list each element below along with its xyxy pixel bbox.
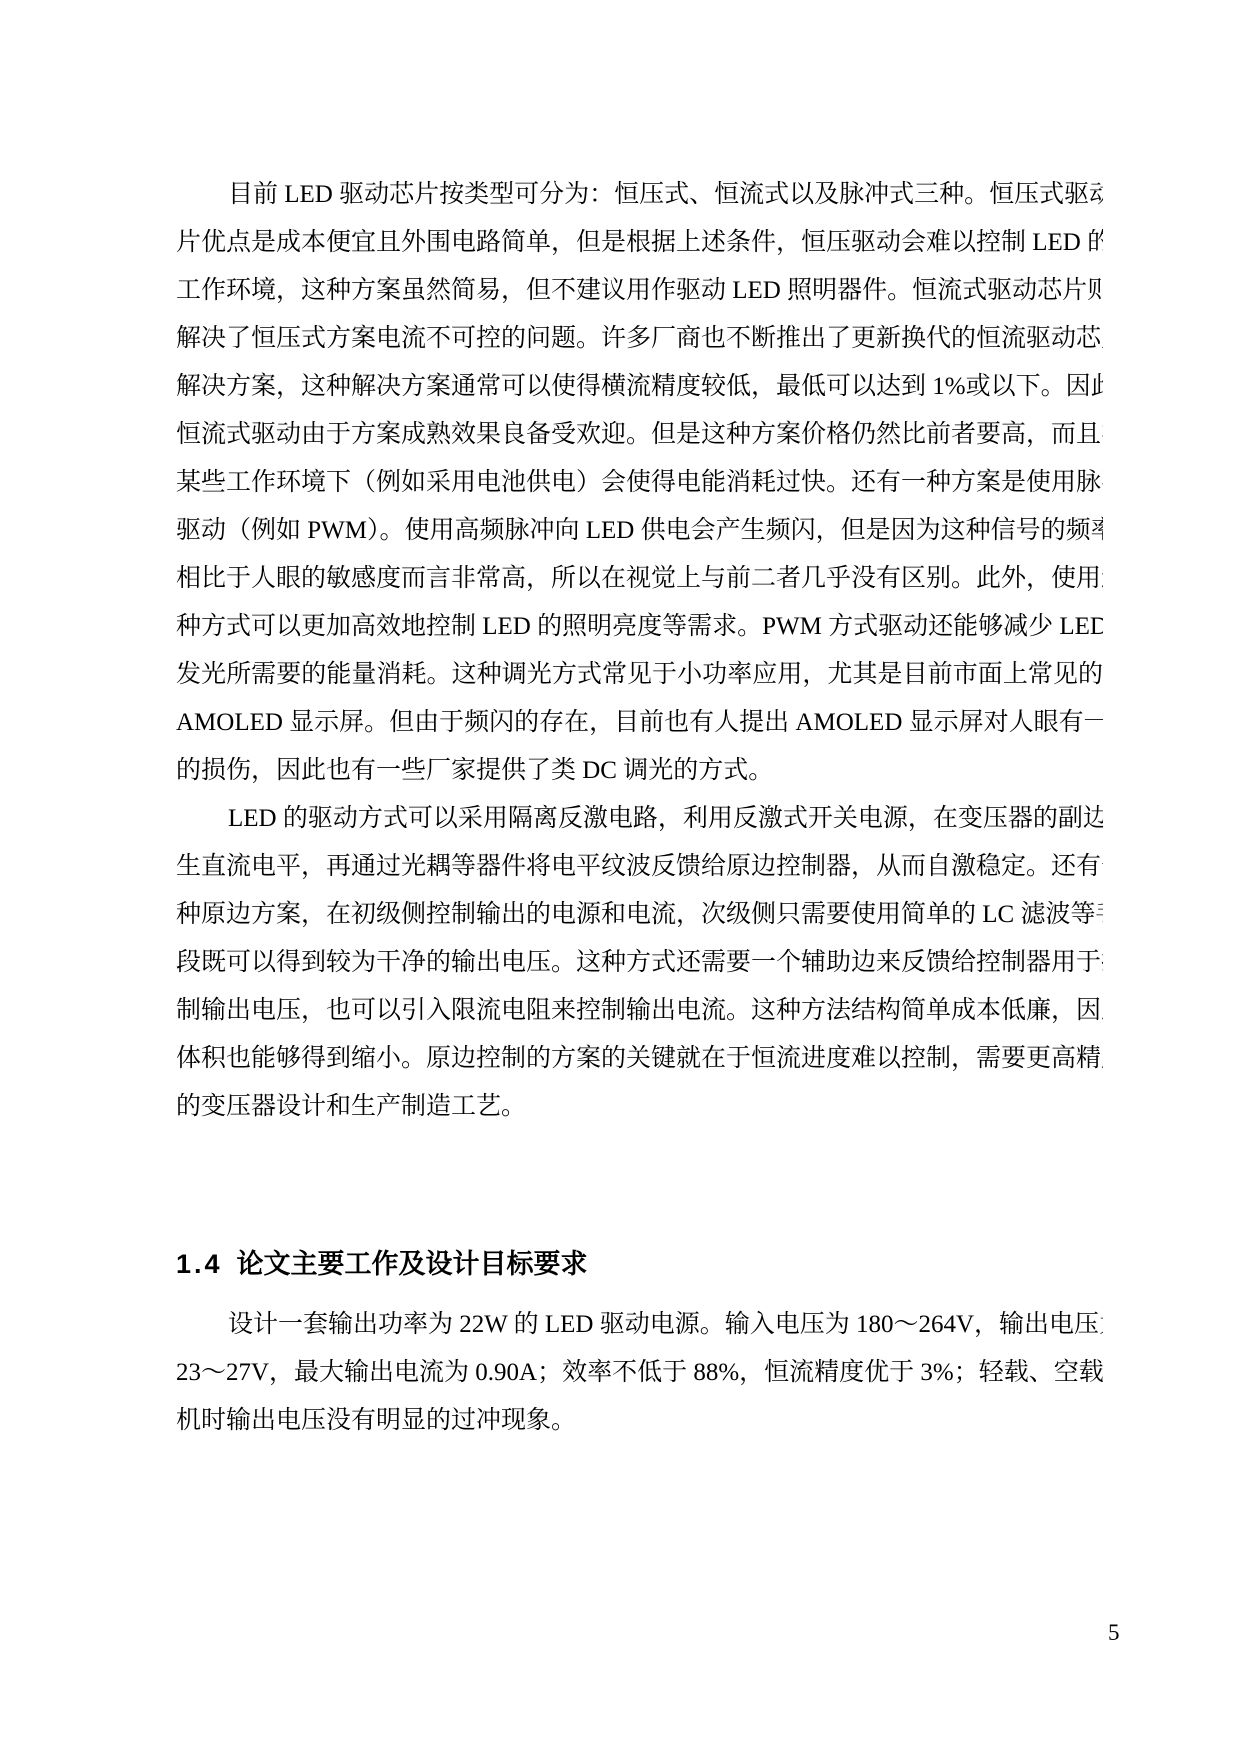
section-number: 1.4 [176, 1249, 223, 1279]
text-line: 目前 LED 驱动芯片按类型可分为：恒压式、恒流式以及脉冲式三种。恒压式驱动芯 [176, 171, 1103, 219]
text-line: 机时输出电压没有明显的过冲现象。 [176, 1397, 1103, 1445]
section-title: 论文主要工作及设计目标要求 [237, 1249, 588, 1279]
text-line: 种原边方案，在初级侧控制输出的电源和电流，次级侧只需要使用简单的 LC 滤波等手 [176, 891, 1103, 939]
document-page: 目前 LED 驱动芯片按类型可分为：恒压式、恒流式以及脉冲式三种。恒压式驱动芯片… [0, 0, 1240, 1754]
text-line: 某些工作环境下（例如采用电池供电）会使得电能消耗过快。还有一种方案是使用脉冲 [176, 459, 1103, 507]
text-line: AMOLED 显示屏。但由于频闪的存在，目前也有人提出 AMOLED 显示屏对人… [176, 699, 1103, 747]
text-line: 的损伤，因此也有一些厂家提供了类 DC 调光的方式。 [176, 747, 1103, 795]
text-line: 的变压器设计和生产制造工艺。 [176, 1083, 1103, 1131]
body-paragraph-1: 目前 LED 驱动芯片按类型可分为：恒压式、恒流式以及脉冲式三种。恒压式驱动芯片… [176, 171, 1103, 795]
text-line: 相比于人眼的敏感度而言非常高，所以在视觉上与前二者几乎没有区别。此外，使用这 [176, 555, 1103, 603]
text-line: 工作环境，这种方案虽然简易，但不建议用作驱动 LED 照明器件。恒流式驱动芯片则 [176, 267, 1103, 315]
page-content: 目前 LED 驱动芯片按类型可分为：恒压式、恒流式以及脉冲式三种。恒压式驱动芯片… [176, 171, 1103, 1445]
text-line: 恒流式驱动由于方案成熟效果良备受欢迎。但是这种方案价格仍然比前者要高，而且在 [176, 411, 1103, 459]
section-heading: 1.4论文主要工作及设计目标要求 [176, 1243, 1103, 1285]
text-line: 23～27V，最大输出电流为 0.90A；效率不低于 88%，恒流精度优于 3%… [176, 1349, 1103, 1397]
text-line: 解决方案，这种解决方案通常可以使得横流精度较低，最低可以达到 1%或以下。因此， [176, 363, 1103, 411]
text-line: 发光所需要的能量消耗。这种调光方式常见于小功率应用，尤其是目前市面上常见的 [176, 651, 1103, 699]
text-line: 生直流电平，再通过光耦等器件将电平纹波反馈给原边控制器，从而自激稳定。还有一 [176, 843, 1103, 891]
text-line: 体积也能够得到缩小。原边控制的方案的关键就在于恒流进度难以控制，需要更高精度 [176, 1035, 1103, 1083]
text-line: 片优点是成本便宜且外围电路简单，但是根据上述条件，恒压驱动会难以控制 LED 的 [176, 219, 1103, 267]
text-line: 设计一套输出功率为 22W 的 LED 驱动电源。输入电压为 180～264V，… [176, 1301, 1103, 1349]
body-paragraph-3: 设计一套输出功率为 22W 的 LED 驱动电源。输入电压为 180～264V，… [176, 1301, 1103, 1445]
text-line: 种方式可以更加高效地控制 LED 的照明亮度等需求。PWM 方式驱动还能够减少 … [176, 603, 1103, 651]
text-line: 制输出电压，也可以引入限流电阻来控制输出电流。这种方法结构简单成本低廉，因此 [176, 987, 1103, 1035]
page-number: 5 [1108, 1620, 1120, 1646]
text-line: 段既可以得到较为干净的输出电压。这种方式还需要一个辅助边来反馈给控制器用于控 [176, 939, 1103, 987]
text-line: 解决了恒压式方案电流不可控的问题。许多厂商也不断推出了更新换代的恒流驱动芯片 [176, 315, 1103, 363]
body-paragraph-2: LED 的驱动方式可以采用隔离反激电路，利用反激式开关电源，在变压器的副边产生直… [176, 795, 1103, 1131]
text-line: 驱动（例如 PWM）。使用高频脉冲向 LED 供电会产生频闪，但是因为这种信号的… [176, 507, 1103, 555]
text-line: LED 的驱动方式可以采用隔离反激电路，利用反激式开关电源，在变压器的副边产 [176, 795, 1103, 843]
